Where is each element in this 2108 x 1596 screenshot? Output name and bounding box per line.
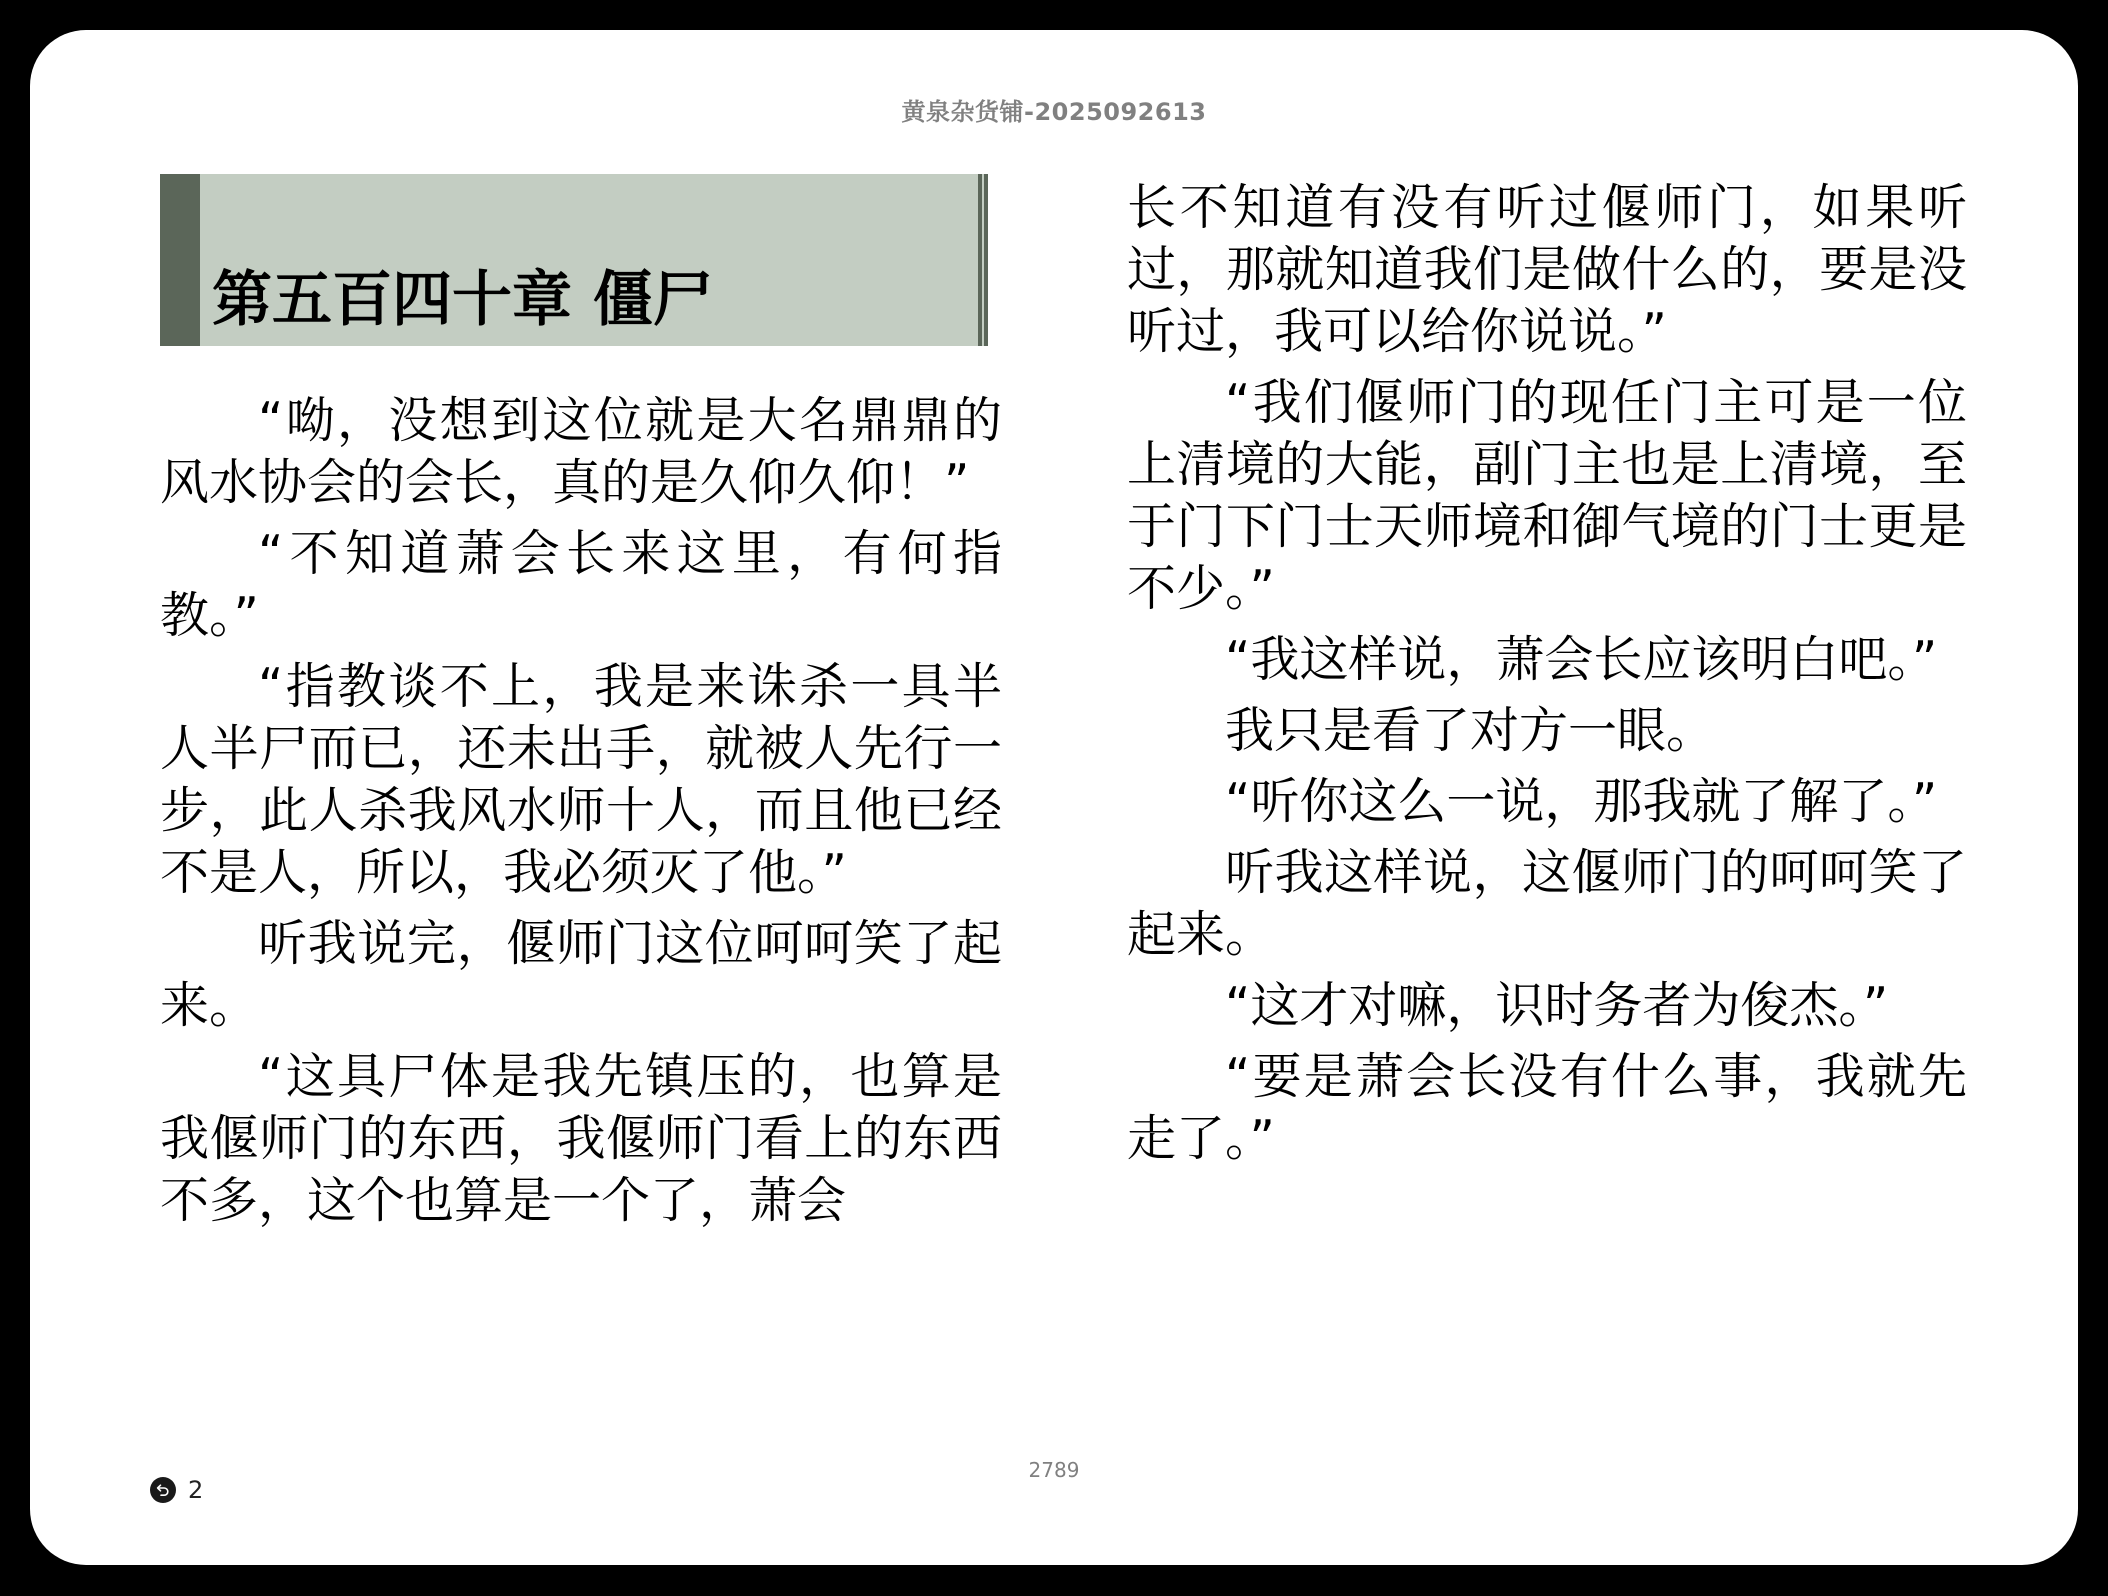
- paragraph: “这具尸体是我先镇压的，也算是我偃师门的东西，我偃师门看上的东西不多，这个也算是…: [160, 1046, 1002, 1232]
- paragraph: “这才对嘛，识时务者为俊杰。”: [1127, 975, 1967, 1037]
- chapter-heading: 第五百四十章 僵尸: [160, 174, 988, 346]
- paragraph: “听你这么一说，那我就了解了。”: [1127, 771, 1967, 833]
- paragraph-continued: 长不知道有没有听过偃师门，如果听过，那就知道我们是做什么的，要是没听过，我可以给…: [1127, 177, 1967, 363]
- right-page-column: 长不知道有没有听过偃师门，如果听过，那就知道我们是做什么的，要是没听过，我可以给…: [1127, 177, 1967, 1179]
- reader-page[interactable]: 黄泉杂货铺-2025092613 第五百四十章 僵尸 “呦，没想到这位就是大名鼎…: [30, 30, 2078, 1565]
- left-page-column: 第五百四十章 僵尸 “呦，没想到这位就是大名鼎鼎的风水协会的会长，真的是久仰久仰…: [160, 174, 1002, 1241]
- paragraph: “要是萧会长没有什么事，我就先走了。”: [1127, 1046, 1967, 1170]
- page-number: 2789: [30, 1458, 2078, 1482]
- paragraph: “呦，没想到这位就是大名鼎鼎的风水协会的会长，真的是久仰久仰！”: [160, 390, 1002, 514]
- paragraph: “指教谈不上，我是来诛杀一具半人半尸而已，还未出手，就被人先行一步，此人杀我风水…: [160, 656, 1002, 904]
- book-title: 黄泉杂货铺-2025092613: [30, 96, 2078, 128]
- paragraph: “我这样说，萧会长应该明白吧。”: [1127, 629, 1967, 691]
- paragraph: 我只是看了对方一眼。: [1127, 700, 1967, 762]
- paragraph: 听我这样说，这偃师门的呵呵笑了起来。: [1127, 842, 1967, 966]
- paragraph: “我们偃师门的现任门主可是一位上清境的大能，副门主也是上清境，至于门下门士天师境…: [1127, 372, 1967, 620]
- paragraph: “不知道萧会长来这里，有何指教。”: [160, 523, 1002, 647]
- chapter-title: 第五百四十章 僵尸: [212, 260, 713, 340]
- paragraph: 听我说完，偃师门这位呵呵笑了起来。: [160, 913, 1002, 1037]
